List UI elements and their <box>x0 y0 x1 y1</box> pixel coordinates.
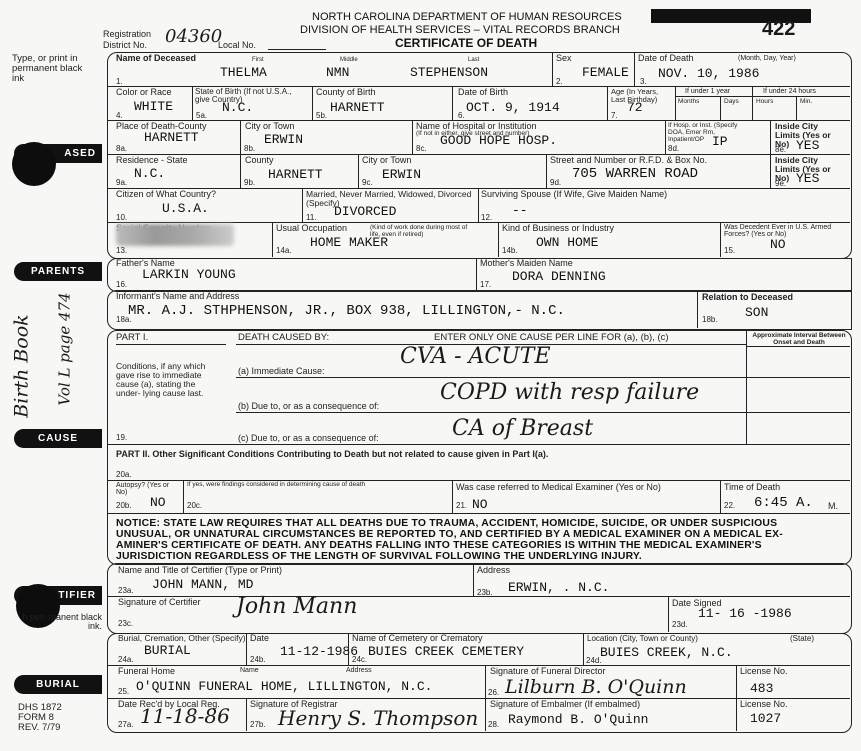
field-number: 9a. <box>116 179 127 187</box>
inside-city-9e-value: YES <box>796 172 819 185</box>
field-number: 27a. <box>118 721 134 729</box>
registration-label: Registration <box>103 30 151 39</box>
field-number: 8a. <box>116 145 127 153</box>
field-number: 27b. <box>250 721 266 729</box>
divider <box>246 698 247 731</box>
form-id: DHS 1872 FORM 8 REV. 7/79 <box>18 703 62 733</box>
mother-label: Mother's Maiden Name <box>480 259 573 268</box>
field-number: 14a. <box>276 247 292 255</box>
divider <box>452 86 453 120</box>
notice-text: NOTICE: STATE LAW REQUIRES THAT ALL DEAT… <box>116 518 856 562</box>
dob-label: Date of Birth <box>458 88 508 97</box>
district-label: District No. <box>103 41 147 50</box>
spouse-value: -- <box>512 204 528 217</box>
ink-instruction: Type, or print in permanent black ink <box>12 54 92 84</box>
divider <box>607 86 608 120</box>
res-state-value: N.C. <box>134 167 165 180</box>
field-number: 11. <box>306 214 317 222</box>
divider <box>108 154 850 155</box>
field-number: 8b. <box>244 145 255 153</box>
divider <box>697 290 698 328</box>
section-tab-label: TIFIER <box>58 590 96 601</box>
section-tab-parents: PARENTS <box>14 262 102 281</box>
divider <box>108 665 850 666</box>
section-tab-burial: BURIAL <box>14 675 102 694</box>
cause-a-value: CVA - ACUTE <box>400 344 551 369</box>
certifier-name-label: Name and Title of Certifier (Type or Pri… <box>118 566 282 575</box>
certifier-address-label: Address <box>477 566 510 575</box>
field-number: 4. <box>116 112 123 120</box>
field-number: 23d. <box>672 621 688 629</box>
first-name-value: THELMA <box>220 66 267 79</box>
field-number: 20c. <box>187 502 202 510</box>
field-number: 28. <box>488 721 499 729</box>
dod-label: Date of Death <box>638 54 694 63</box>
min-label: Min. <box>800 99 812 105</box>
divider <box>116 344 226 345</box>
divider <box>108 188 850 189</box>
section-tab-label: CAUSE <box>38 433 78 444</box>
res-county-label: County <box>245 156 274 165</box>
field-number: 7. <box>611 112 618 120</box>
hole-punch-mark <box>12 142 56 186</box>
embalmer-signature-label: Signature of Embalmer (If embalmed) <box>490 700 640 709</box>
funeral-home-name-label: Name <box>240 668 259 674</box>
race-label: Color or Race <box>116 88 172 97</box>
divider <box>796 96 797 120</box>
location-value: BUIES CREEK, N.C. <box>600 646 733 659</box>
divider <box>183 480 184 513</box>
notice-line: AMINER'S CERTIFICATE OF DEATH. ANY DEATH… <box>116 540 856 551</box>
hosp-type-value: IP <box>712 135 728 148</box>
field-number: 14b. <box>502 247 518 255</box>
field-number: 23c. <box>118 620 133 628</box>
field-number: 8e. <box>775 146 786 154</box>
field-number: 20a. <box>116 471 132 479</box>
certifier-signature-label: Signature of Certifier <box>118 598 201 607</box>
sex-value: FEMALE <box>582 66 629 79</box>
funeral-home-value: O'QUINN FUNERAL HOME, LILLINGTON, N.C. <box>136 680 432 693</box>
director-license-value: 483 <box>750 682 773 695</box>
field-number: 2. <box>556 78 563 86</box>
notice-line: UNUSUAL, OR UNNATURAL CIRCUMSTANCES BE R… <box>116 529 856 540</box>
state-birth-value: N.C. <box>222 101 253 114</box>
business-label: Kind of Business or Industry <box>502 224 614 233</box>
section-tab-label: PARENTS <box>31 266 85 277</box>
divider <box>240 154 241 188</box>
cause-instruction: ENTER ONLY ONE CAUSE PER LINE FOR (a), (… <box>434 333 669 342</box>
divider <box>358 154 359 188</box>
divider <box>675 96 850 97</box>
burial-date-label: Date <box>250 634 269 643</box>
director-signature-label: Signature of Funeral Director <box>490 667 606 676</box>
certifier-ink-note: h per- manent black ink. <box>6 613 102 631</box>
occupation-label: Usual Occupation <box>276 224 347 233</box>
funeral-home-address-label: Address <box>346 668 372 674</box>
divider <box>236 412 850 413</box>
hospital-value: GOOD HOPE HOSP. <box>440 134 557 147</box>
dept-header: NORTH CAROLINA DEPARTMENT OF HUMAN RESOU… <box>312 11 622 23</box>
last-label: Last <box>468 57 479 63</box>
divider <box>546 154 547 188</box>
dod-value: NOV. 10, 1986 <box>658 67 759 80</box>
field-number: 23a. <box>118 587 134 595</box>
field-number: 24d. <box>586 657 602 665</box>
mother-value: DORA DENNING <box>512 270 606 283</box>
field-number: 21. <box>456 502 467 510</box>
street-label: Street and Number or R.F.D. & Box No. <box>550 156 707 165</box>
street-value: 705 WARREN ROAD <box>572 168 698 181</box>
divider <box>192 86 193 120</box>
first-label: First <box>252 57 264 63</box>
hosp-type-label: If Hosp. or Inst. (Specify DOA, Emer Rm,… <box>668 122 748 143</box>
cause-a-label: (a) Immediate Cause: <box>238 367 325 376</box>
time-of-death-label: Time of Death <box>724 483 780 492</box>
time-meridiem: M. <box>828 502 838 511</box>
spouse-label: Surviving Spouse (If Wife, Give Maiden N… <box>481 190 667 199</box>
findings-label: If yes, were findings considered in dete… <box>187 482 365 488</box>
divider <box>108 444 850 445</box>
division-header: DIVISION OF HEALTH SERVICES – VITAL RECO… <box>300 24 620 36</box>
state-label: (State) <box>790 634 814 643</box>
divider <box>583 633 584 665</box>
divider <box>478 188 479 222</box>
field-number: 9c. <box>362 179 373 187</box>
field-number: 15. <box>724 247 735 255</box>
father-value: LARKIN YOUNG <box>142 268 236 281</box>
received-date-value: 11-18-86 <box>140 704 230 728</box>
divider <box>412 120 413 154</box>
death-city-value: ERWIN <box>264 133 303 146</box>
field-number: 9e. <box>775 180 786 188</box>
citizen-label: Citizen of What Country? <box>116 190 216 199</box>
divider <box>108 222 850 223</box>
middle-label: Middle <box>340 57 358 63</box>
armed-forces-label: Was Decedent Ever in U.S. Armed Forces? … <box>724 224 842 238</box>
field-number: 24a. <box>118 656 134 664</box>
certificate-number: 422 <box>762 18 795 41</box>
divider <box>476 258 477 290</box>
section-tab-label: ASED <box>64 148 96 159</box>
field-number: 1. <box>116 78 123 86</box>
informant-value: MR. A.J. STHPHENSON, JR., BOX 938, LILLI… <box>128 305 565 318</box>
days-label: Days <box>724 99 739 105</box>
divider <box>552 52 553 86</box>
field-number: 9d. <box>550 179 561 187</box>
divider <box>272 222 273 257</box>
divider <box>675 86 676 120</box>
document-title: CERTIFICATE OF DEATH <box>395 37 537 49</box>
divider <box>634 52 635 86</box>
hours-label: Hours <box>756 99 773 105</box>
interval-label: Approximate Interval Between Onset and D… <box>750 332 848 346</box>
field-number: 19. <box>116 434 127 442</box>
cause-c-value: CA of Breast <box>452 416 593 441</box>
divider <box>498 222 499 257</box>
occupation-value: HOME MAKER <box>310 236 388 249</box>
funeral-home-label: Funeral Home <box>118 667 175 676</box>
local-no-label: Local No. <box>218 41 256 50</box>
county-birth-label: County of Birth <box>316 88 376 97</box>
me-label: Was case referred to Medical Examiner (Y… <box>456 483 661 492</box>
embalmer-value: Raymond B. O'Quinn <box>508 713 648 726</box>
last-name-value: STEPHENSON <box>410 66 488 79</box>
divider <box>302 188 303 222</box>
field-number: 10. <box>116 214 127 222</box>
registrar-signature: Henry S. Thompson <box>278 706 478 730</box>
middle-name-value: NMN <box>326 66 349 79</box>
part-1-label: PART I. <box>116 333 148 342</box>
res-state-label: Residence - State <box>116 156 188 165</box>
field-number: 13. <box>116 247 127 255</box>
field-number: 18a. <box>116 316 132 324</box>
relation-value: SON <box>745 306 768 319</box>
cause-b-label: (b) Due to, or as a consequence of: <box>238 402 379 411</box>
res-county-value: HARNETT <box>268 168 323 181</box>
field-number: 8c. <box>416 145 427 153</box>
autopsy-label: Autopsy? (Yes or No) <box>116 482 176 496</box>
informant-label: Informant's Name and Address <box>116 292 239 301</box>
field-number: 9b. <box>244 179 255 187</box>
certifier-address-value: ERWIN, . N.C. <box>508 581 609 594</box>
notice-line: NOTICE: STATE LAW REQUIRES THAT ALL DEAT… <box>116 518 856 529</box>
field-number: 16. <box>116 281 127 289</box>
disposition-label: Burial, Cremation, Other (Specify) <box>118 634 246 643</box>
name-label: Name of Deceased <box>116 54 196 63</box>
conditions-label: Conditions, if any which gave rise to im… <box>116 362 216 398</box>
age-value: 72 <box>627 101 643 114</box>
under-24-hours-label: If under 24 hours <box>763 89 816 95</box>
embalmer-license-label: License No. <box>740 700 788 709</box>
field-number: 18b. <box>702 316 718 324</box>
divider <box>246 633 247 665</box>
ssn-redacted <box>116 224 234 246</box>
citizen-value: U.S.A. <box>162 202 209 215</box>
location-label: Location (City, Town or County) <box>587 634 698 643</box>
dob-value: OCT. 9, 1914 <box>466 101 560 114</box>
under-1-year-label: If under 1 year <box>685 89 730 95</box>
form-id-line: REV. 7/79 <box>18 723 62 733</box>
section-tab-cause: CAUSE <box>14 429 102 448</box>
divider <box>720 480 721 513</box>
divider <box>752 86 753 120</box>
field-number: 24b. <box>250 656 266 664</box>
divider <box>108 513 850 514</box>
local-no-line <box>268 49 326 50</box>
divider <box>720 96 721 120</box>
field-number: 26. <box>488 689 499 697</box>
field-number: 25. <box>118 688 129 696</box>
sex-label: Sex <box>556 54 572 63</box>
death-caused-by-label: DEATH CAUSED BY: <box>238 333 329 342</box>
dod-format-label: (Month, Day, Year) <box>738 56 796 62</box>
divider <box>720 222 721 257</box>
death-county-value: HARNETT <box>144 131 199 144</box>
section-tab-label: BURIAL <box>36 679 80 690</box>
divider <box>452 480 453 513</box>
divider <box>108 596 850 597</box>
field-number: 17. <box>480 281 491 289</box>
field-number: 12. <box>481 214 492 222</box>
margin-note-birth-book: Birth Book <box>11 314 33 417</box>
divider <box>236 377 850 378</box>
field-number: 5b. <box>316 112 327 120</box>
res-city-label: City or Town <box>362 156 411 165</box>
field-number: 5a. <box>196 112 207 120</box>
cause-c-label: (c) Due to, or as a consequence of: <box>238 434 379 443</box>
county-birth-value: HARNETT <box>330 101 385 114</box>
notice-line: JURISDICTION REGARDLESS OF THE LENGTH OF… <box>116 551 856 562</box>
field-number: 24c. <box>352 656 367 664</box>
armed-forces-value: NO <box>770 238 786 251</box>
business-value: OWN HOME <box>536 236 598 249</box>
marital-value: DIVORCED <box>334 205 396 218</box>
time-of-death-value: 6:45 A. <box>754 497 813 510</box>
cemetery-value: BUIES CREEK CEMETERY <box>368 645 524 658</box>
disposition-value: BURIAL <box>144 644 191 657</box>
date-signed-value: 11- 16 -1986 <box>698 607 792 620</box>
cemetery-label: Name of Cemetery or Crematory <box>352 634 483 643</box>
res-city-value: ERWIN <box>382 168 421 181</box>
inside-city-8e-value: YES <box>796 139 819 152</box>
divider <box>240 120 241 154</box>
relation-label: Relation to Deceased <box>702 293 793 302</box>
certifier-signature: John Mann <box>236 594 357 619</box>
director-license-label: License No. <box>740 667 788 676</box>
divider <box>665 120 666 154</box>
divider <box>312 86 313 120</box>
margin-note-volume: Vol L page 474 <box>56 292 74 405</box>
divider <box>473 563 474 596</box>
cause-b-value: COPD with resp failure <box>440 380 699 405</box>
field-number: 6. <box>458 112 465 120</box>
field-number: 22. <box>724 502 735 510</box>
divider <box>746 330 747 444</box>
embalmer-license-value: 1027 <box>750 712 781 725</box>
death-city-label: City or Town <box>245 122 294 131</box>
months-label: Months <box>678 99 699 105</box>
certifier-name-value: JOHN MANN, MD <box>152 578 253 591</box>
part-2-label: PART II. Other Significant Conditions Co… <box>116 450 548 459</box>
divider <box>348 633 349 665</box>
divider <box>668 596 669 632</box>
director-signature: Lilburn B. O'Quinn <box>505 676 687 698</box>
field-number: 20b. <box>116 502 132 510</box>
race-value: WHITE <box>134 100 173 113</box>
burial-date-value: 11-12-1986 <box>280 645 358 658</box>
field-number: 3. <box>640 78 647 86</box>
field-number: 8d. <box>668 145 679 153</box>
me-value: NO <box>472 498 488 511</box>
autopsy-value: NO <box>150 496 166 509</box>
district-number: 04360 <box>165 26 222 47</box>
divider <box>746 346 850 347</box>
